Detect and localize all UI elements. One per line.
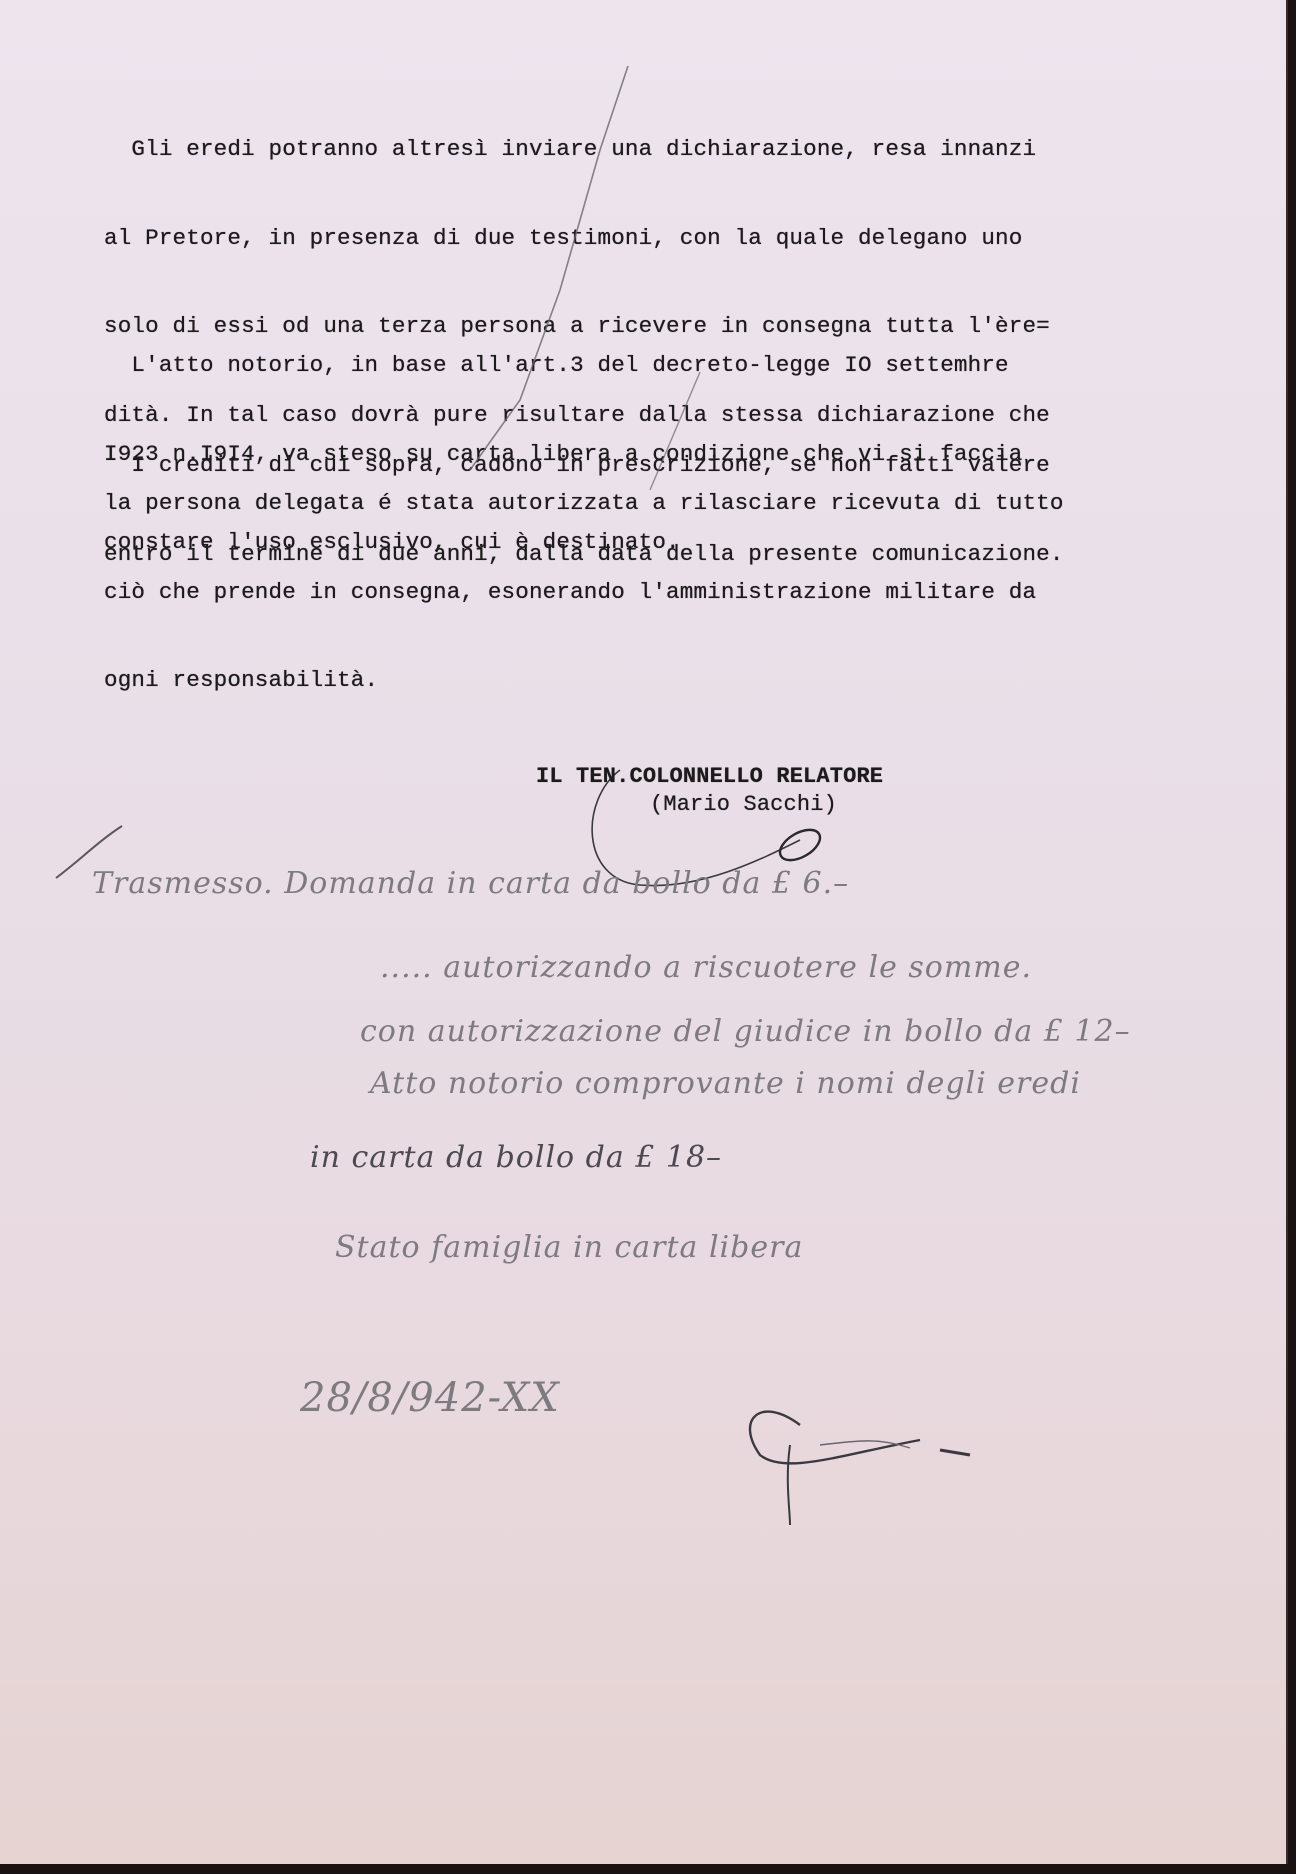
handwritten-note-line: in carta da bollo da £ 18– <box>310 1140 722 1175</box>
handwritten-note-line: Trasmesso. Domanda in carta da bollo da … <box>92 866 849 901</box>
signature-title: IL TEN.COLONNELLO RELATORE <box>536 762 883 792</box>
document-page: Gli eredi potranno altresì inviare una d… <box>0 0 1288 1864</box>
handwritten-note-line: con autorizzazione del giudice in bollo … <box>360 1014 1131 1049</box>
signature-name: (Mario Sacchi) <box>650 790 837 820</box>
handwritten-note-line: Atto notorio comprovante i nomi degli er… <box>370 1066 1081 1101</box>
handwritten-note-line: ..... autorizzando a riscuotere le somme… <box>380 950 1032 985</box>
pencil-strike-marks <box>0 0 1296 1874</box>
handwritten-date: 28/8/942-XX <box>300 1375 560 1421</box>
handwritten-note-line: Stato famiglia in carta libera <box>335 1230 803 1265</box>
